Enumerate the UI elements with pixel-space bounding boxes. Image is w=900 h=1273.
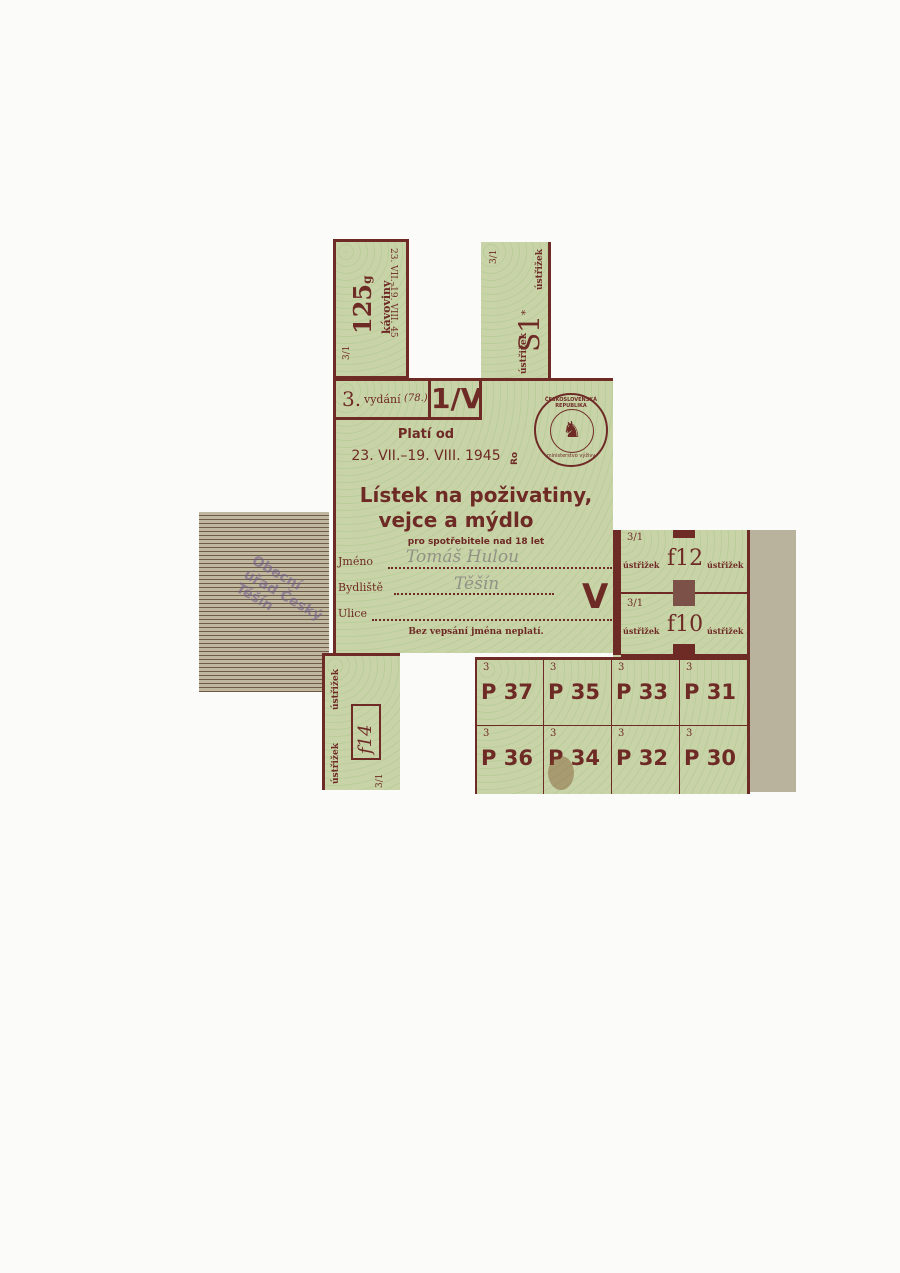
soap-coupon-code: 3/1 — [489, 250, 499, 264]
f14-cut-label-bottom: ústřižek — [331, 743, 341, 784]
soap-cut-label-top: ústřižek — [535, 249, 545, 290]
coffee-amount: 125g — [348, 276, 377, 335]
edition-number: 3. — [342, 387, 361, 411]
field-label-street: Ulice — [338, 607, 367, 620]
f10-code: 3/1 — [627, 598, 643, 609]
p-coupon-grid: 3P 37 3P 35 3P 33 3P 31 3P 36 3P 34 3P 3… — [475, 657, 750, 794]
field-value-residence: Těšín — [454, 574, 499, 594]
side-coupons: 3/1 ústřižek f12 ústřižek 3/1 ústřižek f… — [613, 530, 796, 660]
field-label-name: Jméno — [338, 555, 373, 568]
title-line-2: vejce a mýdlo — [336, 508, 576, 532]
coupon-f14: ústřižek ústřižek f14 3/1 — [322, 653, 400, 790]
subtitle: pro spotřebitele nad 18 let — [336, 537, 616, 547]
f10-label: f10 — [667, 612, 703, 637]
f12-label: f12 — [667, 546, 703, 571]
edition-code: (78.) — [404, 393, 428, 404]
main-card: 3. vydání (78.) 1/V Platí od 23. VII.–19… — [333, 378, 613, 653]
coffee-coupon-code: 3/1 — [342, 346, 352, 360]
valid-dates: 23. VII.–19. VIII. 1945 — [336, 448, 516, 464]
category-letter: V — [582, 577, 608, 617]
coffee-item: kávoviny — [380, 281, 393, 334]
edition-box: 3. vydání (78.) — [333, 378, 431, 420]
f14-code: 3/1 — [375, 774, 385, 788]
coffee-coupon: 23. VII.–19. VIII. 45 3/1 125g kávoviny — [333, 239, 409, 379]
f10-cut-label-left: ústřižek — [623, 626, 659, 636]
f10-cut-label-right: ústřižek — [707, 626, 743, 636]
valid-from-label: Platí od — [336, 427, 516, 442]
f14-label: f14 — [355, 724, 376, 754]
title-line-1: Lístek na poživatiny, — [336, 483, 616, 507]
stamp-inner-text: ministerstvo výživy — [536, 453, 606, 459]
field-label-residence: Bydliště — [338, 581, 383, 594]
coupon-p31: 3P 31 — [680, 660, 747, 726]
municipal-stamp: Obecní úřad Český Těšín — [233, 553, 335, 640]
soap-coupon-label: S1* — [513, 310, 546, 352]
f12-cut-label-right: ústřižek — [707, 560, 743, 570]
edition-label: vydání — [364, 393, 401, 406]
lion-emblem-icon: ♞ — [550, 409, 594, 453]
field-value-name: Tomáš Hulou — [406, 547, 519, 567]
ministry-stamp: ♞ ČESKOSLOVENSKÁ REPUBLIKA ministerstvo … — [534, 393, 608, 467]
soap-cut-label-bottom: ústřižek — [519, 333, 529, 374]
series-box: 1/V — [428, 378, 482, 420]
f12-code: 3/1 — [627, 532, 643, 543]
coupon-p34: 3P 34 — [544, 726, 612, 794]
side-mark: Ro — [510, 452, 520, 465]
coupon-p33: 3P 33 — [612, 660, 680, 726]
coupon-p35: 3P 35 — [544, 660, 612, 726]
footer-note: Bez vepsání jména neplatí. — [336, 627, 616, 637]
f14-cut-label-top: ústřižek — [331, 669, 341, 710]
f14-box: f14 — [351, 704, 381, 760]
stamp-outer-text: ČESKOSLOVENSKÁ REPUBLIKA — [536, 397, 606, 409]
coupon-p36: 3P 36 — [477, 726, 544, 794]
soap-coupon-s1: 3/1 S1* ústřižek ústřižek — [481, 242, 551, 379]
coupon-p30: 3P 30 — [680, 726, 747, 794]
f12-cut-label-left: ústřižek — [623, 560, 659, 570]
coupon-p32: 3P 32 — [612, 726, 680, 794]
counterfoil-stub: Obecní úřad Český Těšín — [199, 512, 329, 692]
coupon-p37: 3P 37 — [477, 660, 544, 726]
